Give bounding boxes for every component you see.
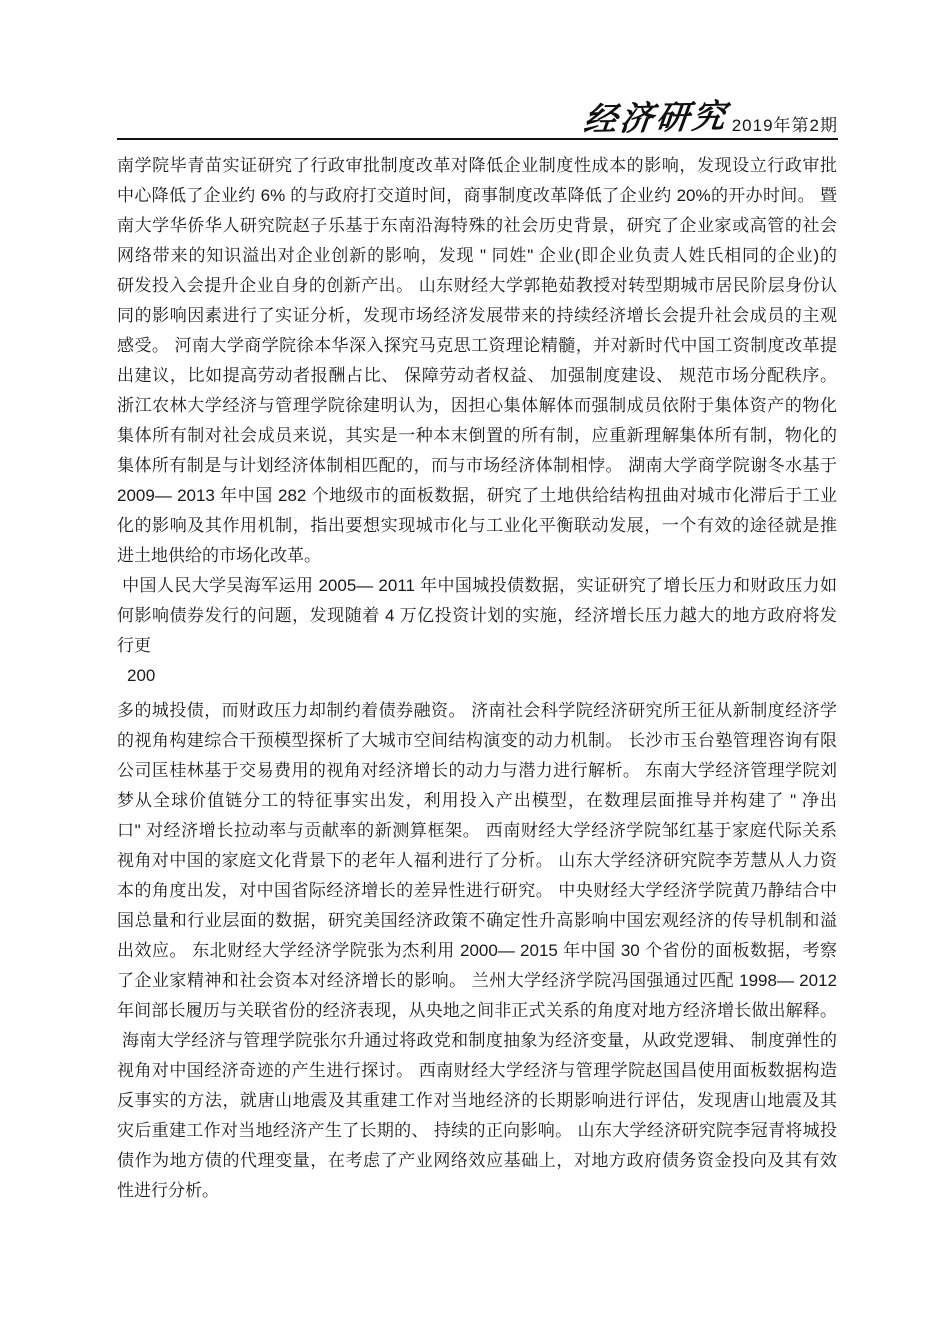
text-line: 同的影响因素进行了实证分析，发现市场经济发展带来的持续经济增长会提升社会成员的主…	[117, 301, 837, 331]
text-line: 化的影响及其作用机制，指出要想实现城市化与工业化平衡联动发展，一个有效的途径就是…	[117, 511, 837, 541]
text-line: 灾后重建工作对当地经济产生了长期的、 持续的正向影响。 山东大学经济研究院李冠青…	[117, 1116, 837, 1146]
text-line: 出效应。 东北财经大学经济学院张为杰利用 2000— 2015 年中国 30 个…	[117, 936, 837, 966]
text-line: 感受。 河南大学商学院徐本华深入探究马克思工资理论精髓，并对新时代中国工资制度改…	[117, 331, 837, 361]
page-number: 200	[117, 661, 837, 691]
text-line: 本的角度出发，对中国省际经济增长的差异性进行研究。 中央财经大学经济学院黄乃静结…	[117, 876, 837, 906]
text-line: 梦从全球价值链分工的特征事实出发，利用投入产出模型，在数理层面推导并构建了 " …	[117, 786, 837, 816]
journal-logo: 经济研究	[582, 99, 736, 136]
text-line: 中国人民大学吴海军运用 2005— 2011 年中国城投债数据，实证研究了增长压…	[117, 571, 837, 601]
text-line: 反事实的方法，就唐山地震及其重建工作对当地经济的长期影响进行评估，发现唐山地震及…	[117, 1086, 837, 1116]
paragraph: 中国人民大学吴海军运用 2005— 2011 年中国城投债数据，实证研究了增长压…	[117, 571, 837, 661]
document-body: 南学院毕青苗实证研究了行政审批制度改革对降低企业制度性成本的影响，发现设立行政审…	[117, 151, 837, 1206]
text-line: 口" 对经济增长拉动率与贡献率的新测算框架。 西南财经大学经济学院邹红基于家庭代…	[117, 816, 837, 846]
issue-label: 2019年第2期	[732, 116, 838, 136]
text-line: 何影响债券发行的问题，发现随着 4 万亿投资计划的实施，经济增长压力越大的地方政…	[117, 601, 837, 631]
text-line: 南学院毕青苗实证研究了行政审批制度改革对降低企业制度性成本的影响，发现设立行政审…	[117, 151, 837, 181]
text-line: 浙江农林大学经济与管理学院徐建明认为，因担心集体解体而强制成员依附于集体资产的物…	[117, 391, 837, 421]
page-header: 经济研究 2019年第2期	[117, 96, 838, 140]
text-line: 多的城投债，而财政压力却制约着债券融资。 济南社会科学院经济研究所王征从新制度经…	[117, 696, 837, 726]
text-line: 国总量和行业层面的数据，研究美国经济政策不确定性升高影响中国宏观经济的传导机制和…	[117, 906, 837, 936]
text-line: 出建议，比如提高劳动者报酬占比、 保障劳动者权益、 加强制度建设、 规范市场分配…	[117, 361, 837, 391]
text-line: 公司匡桂林基于交易费用的视角对经济增长的动力与潜力进行解析。 东南大学经济管理学…	[117, 756, 837, 786]
text-line: 性进行分析。	[117, 1176, 837, 1206]
text-line: 海南大学经济与管理学院张尔升通过将政党和制度抽象为经济变量，从政党逻辑、 制度弹…	[117, 1026, 837, 1056]
text-line: 债作为地方债的代理变量，在考虑了产业网络效应基础上，对地方政府债务资金投向及其有…	[117, 1146, 837, 1176]
text-line: 2009— 2013 年中国 282 个地级市的面板数据，研究了土地供给结构扭曲…	[117, 481, 837, 511]
text-line: 集体所有制对社会成员来说，其实是一种本末倒置的所有制，应重新理解集体所有制，物化…	[117, 421, 837, 451]
text-line: 的视角构建综合干预模型探析了大城市空间结构演变的动力机制。 长沙市玉台塾管理咨询…	[117, 726, 837, 756]
text-line: 视角对中国经济奇迹的产生进行探讨。 西南财经大学经济与管理学院赵国昌使用面板数据…	[117, 1056, 837, 1086]
text-line: 视角对中国的家庭文化背景下的老年人福利进行了分析。 山东大学经济研究院李芳慧从人…	[117, 846, 837, 876]
text-line: 进土地供给的市场化改革。	[117, 541, 837, 571]
text-line: 集体所有制是与计划经济体制相匹配的，而与市场经济体制相悖。 湖南大学商学院谢冬水…	[117, 451, 837, 481]
text-line: 了企业家精神和社会资本对经济增长的影响。 兰州大学经济学院冯国强通过匹配 199…	[117, 966, 837, 996]
paragraph: 南学院毕青苗实证研究了行政审批制度改革对降低企业制度性成本的影响，发现设立行政审…	[117, 151, 837, 571]
text-line: 中心降低了企业约 6% 的与政府打交道时间，商事制度改革降低了企业约 20%的开…	[117, 181, 837, 211]
text-line: 研发投入会提升企业自身的创新产出。 山东财经大学郭艳茹教授对转型期城市居民阶层身…	[117, 271, 837, 301]
text-line: 南大学华侨华人研究院赵子乐基于东南沿海特殊的社会历史背景，研究了企业家或高管的社…	[117, 211, 837, 241]
text-line: 行更	[117, 631, 837, 661]
text-line: 年间部长履历与关联省份的经济表现，从央地之间非正式关系的角度对地方经济增长做出解…	[117, 996, 837, 1026]
text-line: 网络带来的知识溢出对企业创新的影响，发现 " 同姓" 企业(即企业负责人姓氏相同…	[117, 241, 837, 271]
paragraph: 多的城投债，而财政压力却制约着债券融资。 济南社会科学院经济研究所王征从新制度经…	[117, 696, 837, 1206]
